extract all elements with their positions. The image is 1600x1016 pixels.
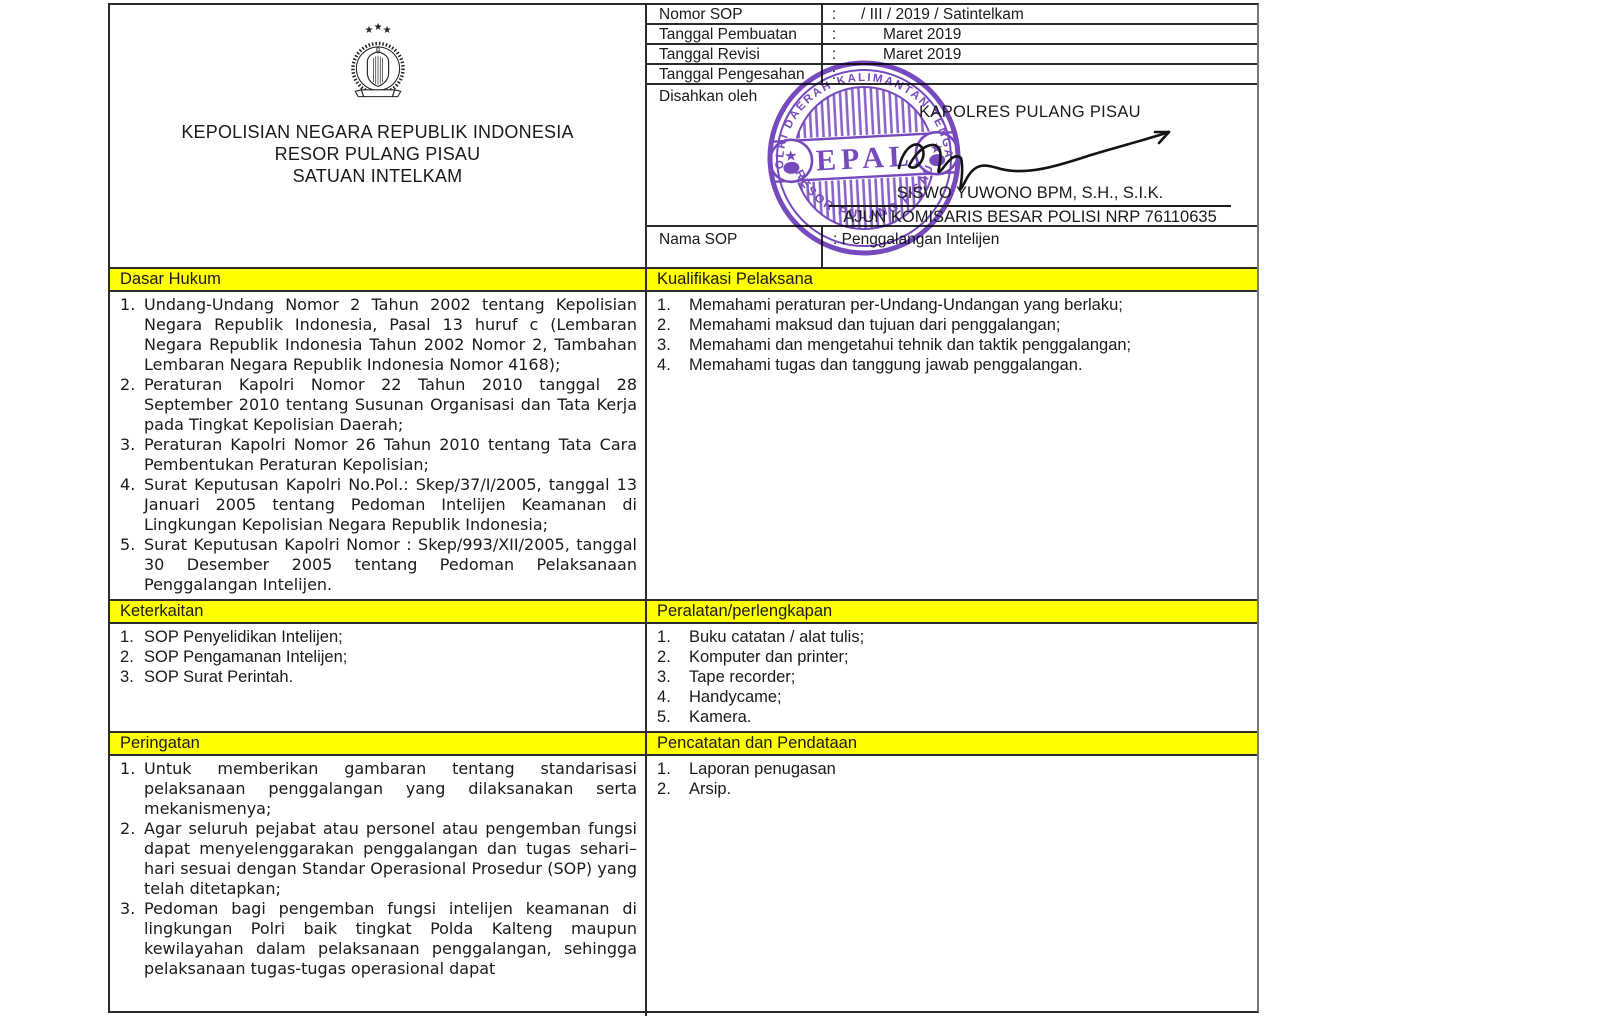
svg-text:★: ★	[382, 25, 391, 36]
svg-text:★: ★	[364, 25, 373, 36]
signature-scribble-icon	[829, 124, 1231, 186]
section-body-row-3: Untuk memberikan gambaran tentang standa…	[110, 756, 1257, 971]
document-header: ★ ★ ★ KEPOLISIAN NEGARA REPUBLIK INDONES…	[110, 5, 1257, 267]
pencatatan-content: Laporan penugasan Arsip.	[647, 756, 1257, 971]
list-item: Komputer dan printer;	[657, 647, 1247, 667]
org-title-block: KEPOLISIAN NEGARA REPUBLIK INDONESIA RES…	[181, 121, 573, 187]
list-text: Buku catatan / alat tulis;	[689, 627, 1247, 647]
list-text: Laporan penugasan	[689, 759, 1247, 779]
list-number	[120, 475, 144, 535]
list-item: Surat Keputusan Kapolri Nomor : Skep/993…	[120, 535, 637, 595]
section-body-row-2: SOP Penyelidikan Intelijen; SOP Pengaman…	[110, 624, 1257, 731]
section-header-row-1: Dasar Hukum Kualifikasi Pelaksana	[110, 267, 1257, 292]
list-item: Surat Keputusan Kapolri No.Pol.: Skep/37…	[120, 475, 637, 535]
list-text: Handycame;	[689, 687, 1247, 707]
meta-row-nomor-sop: Nomor SOP : / III / 2019 / Satintelkam	[647, 5, 1257, 25]
meta-row-disahkan-oleh: Disahkan oleh KAPOLRES PULANG PISAU SISW…	[647, 85, 1257, 227]
list-number	[657, 627, 689, 647]
section-header-row-3: Peringatan Pencatatan dan Pendataan	[110, 731, 1257, 756]
list-item: Undang-Undang Nomor 2 Tahun 2002 tentang…	[120, 295, 637, 375]
section-body-row-1: Undang-Undang Nomor 2 Tahun 2002 tentang…	[110, 292, 1257, 599]
list-item: Agar seluruh pejabat atau personel atau …	[120, 819, 637, 899]
section-title-peralatan: Peralatan/perlengkapan	[647, 601, 1257, 622]
list-number	[120, 819, 144, 899]
list-text: Kamera.	[689, 707, 1247, 727]
list-number	[657, 759, 689, 779]
list-number	[657, 647, 689, 667]
section-title-peringatan: Peringatan	[110, 733, 647, 754]
polri-emblem-icon: ★ ★ ★	[340, 23, 416, 105]
list-text: Tape recorder;	[689, 667, 1247, 687]
list-text: Peraturan Kapolri Nomor 22 Tahun 2010 ta…	[144, 375, 637, 435]
list-item: Memahami peraturan per-Undang-Undangan y…	[657, 295, 1247, 315]
meta-label: Tanggal Pembuatan	[647, 25, 823, 43]
list-item: Arsip.	[657, 779, 1247, 799]
list-text: Komputer dan printer;	[689, 647, 1247, 667]
list-text: Memahami maksud dan tujuan dari penggala…	[689, 315, 1247, 335]
list-text: Undang-Undang Nomor 2 Tahun 2002 tentang…	[144, 295, 637, 375]
section-title-kualifikasi-pelaksana: Kualifikasi Pelaksana	[647, 269, 1257, 290]
peralatan-content: Buku catatan / alat tulis; Komputer dan …	[647, 624, 1257, 731]
list-text: Memahami dan mengetahui tehnik dan takti…	[689, 335, 1247, 355]
list-number	[120, 535, 144, 595]
list-number	[120, 627, 144, 647]
meta-colon: :	[823, 25, 845, 43]
meta-label: Tanggal Revisi	[647, 45, 823, 63]
list-item: Untuk memberikan gambaran tentang standa…	[120, 759, 637, 819]
list-number	[657, 335, 689, 355]
list-number	[120, 759, 144, 819]
list-text: SOP Penyelidikan Intelijen;	[144, 627, 637, 647]
meta-value: Maret 2019	[845, 25, 1257, 43]
org-line-2: RESOR PULANG PISAU	[181, 143, 573, 165]
list-item: SOP Surat Perintah.	[120, 667, 637, 687]
dasar-hukum-content: Undang-Undang Nomor 2 Tahun 2002 tentang…	[110, 292, 647, 599]
meta-value: / III / 2019 / Satintelkam	[845, 5, 1257, 23]
kualifikasi-list: Memahami peraturan per-Undang-Undangan y…	[647, 295, 1257, 375]
list-number	[657, 355, 689, 375]
list-number	[657, 779, 689, 799]
signer-rank: AJUN KOMISARIS BESAR POLISI NRP 76110635	[829, 207, 1231, 227]
peringatan-content: Untuk memberikan gambaran tentang standa…	[110, 756, 647, 971]
org-line-1: KEPOLISIAN NEGARA REPUBLIK INDONESIA	[181, 121, 573, 143]
meta-colon: :	[823, 5, 845, 23]
header-org-cell: ★ ★ ★ KEPOLISIAN NEGARA REPUBLIK INDONES…	[110, 5, 647, 267]
list-text: SOP Pengamanan Intelijen;	[144, 647, 637, 667]
list-item: Peraturan Kapolri Nomor 22 Tahun 2010 ta…	[120, 375, 637, 435]
svg-text:★: ★	[373, 23, 382, 33]
list-number	[657, 707, 689, 727]
list-text: Untuk memberikan gambaran tentang standa…	[144, 759, 637, 819]
meta-row-tanggal-pembuatan: Tanggal Pembuatan : Maret 2019	[647, 25, 1257, 45]
list-item: Laporan penugasan	[657, 759, 1247, 779]
list-number	[657, 687, 689, 707]
section-title-keterkaitan: Keterkaitan	[110, 601, 647, 622]
list-text: Agar seluruh pejabat atau personel atau …	[144, 819, 637, 899]
list-text: Peraturan Kapolri Nomor 26 Tahun 2010 te…	[144, 435, 637, 475]
list-text: Surat Keputusan Kapolri No.Pol.: Skep/37…	[144, 475, 637, 535]
signature-block: KAPOLRES PULANG PISAU SISWO YUWONO BPM, …	[829, 103, 1231, 227]
list-item: Buku catatan / alat tulis;	[657, 627, 1247, 647]
list-item: Peraturan Kapolri Nomor 26 Tahun 2010 te…	[120, 435, 637, 475]
section-title-dasar-hukum: Dasar Hukum	[110, 269, 647, 290]
list-number	[657, 667, 689, 687]
peringatan-list: Untuk memberikan gambaran tentang standa…	[110, 759, 645, 971]
list-number	[120, 295, 144, 375]
list-number	[657, 295, 689, 315]
meta-label: Nomor SOP	[647, 5, 823, 23]
list-item: Memahami dan mengetahui tehnik dan takti…	[657, 335, 1247, 355]
list-text: Pedoman bagi pengemban fungsi intelijen …	[144, 899, 637, 971]
list-text: Surat Keputusan Kapolri Nomor : Skep/993…	[144, 535, 637, 595]
list-text: Arsip.	[689, 779, 1247, 799]
org-line-3: SATUAN INTELKAM	[181, 165, 573, 187]
list-item: SOP Pengamanan Intelijen;	[120, 647, 637, 667]
list-item: Kamera.	[657, 707, 1247, 727]
list-number	[120, 899, 144, 971]
keterkaitan-content: SOP Penyelidikan Intelijen; SOP Pengaman…	[110, 624, 647, 731]
list-text: Memahami tugas dan tanggung jawab pengga…	[689, 355, 1247, 375]
list-number	[120, 435, 144, 475]
dasar-hukum-list: Undang-Undang Nomor 2 Tahun 2002 tentang…	[110, 295, 645, 595]
keterkaitan-list: SOP Penyelidikan Intelijen; SOP Pengaman…	[110, 627, 645, 687]
section-title-pencatatan: Pencatatan dan Pendataan	[647, 733, 1257, 754]
pencatatan-list: Laporan penugasan Arsip.	[647, 759, 1257, 799]
list-item: Tape recorder;	[657, 667, 1247, 687]
list-item: SOP Penyelidikan Intelijen;	[120, 627, 637, 647]
sop-document-sheet: ★ ★ ★ KEPOLISIAN NEGARA REPUBLIK INDONES…	[108, 3, 1259, 971]
list-number	[120, 647, 144, 667]
list-item: Handycame;	[657, 687, 1247, 707]
list-number	[120, 375, 144, 435]
list-number	[657, 315, 689, 335]
kualifikasi-content: Memahami peraturan per-Undang-Undangan y…	[647, 292, 1257, 599]
list-item: Pedoman bagi pengemban fungsi intelijen …	[120, 899, 637, 971]
list-item: Memahami tugas dan tanggung jawab pengga…	[657, 355, 1247, 375]
list-text: Memahami peraturan per-Undang-Undangan y…	[689, 295, 1247, 315]
list-item: Memahami maksud dan tujuan dari penggala…	[657, 315, 1247, 335]
section-header-row-2: Keterkaitan Peralatan/perlengkapan	[110, 599, 1257, 624]
peralatan-list: Buku catatan / alat tulis; Komputer dan …	[647, 627, 1257, 727]
list-text: SOP Surat Perintah.	[144, 667, 637, 687]
list-number	[120, 667, 144, 687]
